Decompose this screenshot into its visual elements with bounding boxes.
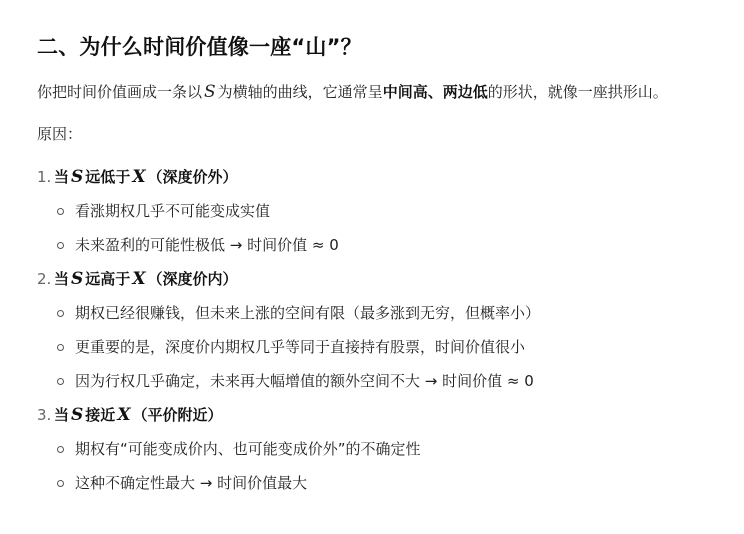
circle-bullet-icon bbox=[57, 310, 64, 317]
math-variable-x: X bbox=[130, 269, 147, 289]
reason-title: 当S接近X（平价附近） bbox=[54, 398, 223, 432]
title-relation: 远高于 bbox=[85, 270, 130, 288]
list-item-text: 看涨期权几乎不可能变成实值 bbox=[75, 194, 270, 228]
intro-paragraph: 你把时间价值画成一条以S为横轴的曲线，它通常呈中间高、两边低的形状，就像一座拱形… bbox=[37, 80, 734, 104]
title-prefix: 当 bbox=[54, 270, 69, 288]
title-prefix: 当 bbox=[54, 168, 69, 186]
circle-bullet-icon bbox=[57, 242, 64, 249]
circle-bullet-icon bbox=[57, 344, 64, 351]
title-prefix: 当 bbox=[54, 406, 69, 424]
title-note: （深度价内） bbox=[148, 270, 238, 288]
math-variable-s: S bbox=[69, 269, 85, 289]
math-variable-s: S bbox=[202, 82, 218, 102]
list-item-text: 期权有“可能变成价内、也可能变成价外”的不确定性 bbox=[75, 432, 421, 466]
list-item: 未来盈利的可能性极低 → 时间价值 ≈ 0 bbox=[55, 228, 734, 262]
title-note: （平价附近） bbox=[133, 406, 223, 424]
sub-list: 看涨期权几乎不可能变成实值 未来盈利的可能性极低 → 时间价值 ≈ 0 bbox=[37, 194, 734, 262]
list-item: 更重要的是，深度价内期权几乎等同于直接持有股票，时间价值很小 bbox=[55, 330, 734, 364]
list-item-text: 因为行权几乎确定，未来再大幅增值的额外空间不大 → 时间价值 ≈ 0 bbox=[75, 364, 534, 398]
reason-item-1: 1. 当S远低于X（深度价外） 看涨期权几乎不可能变成实值 未来盈利的可能性极低… bbox=[37, 160, 734, 262]
title-relation: 远低于 bbox=[85, 168, 130, 186]
reason-item-heading: 2. 当S远高于X（深度价内） bbox=[37, 262, 734, 296]
list-item: 期权有“可能变成价内、也可能变成价外”的不确定性 bbox=[55, 432, 734, 466]
sub-list: 期权已经很赚钱，但未来上涨的空间有限（最多涨到无穷，但概率小） 更重要的是，深度… bbox=[37, 296, 734, 398]
circle-bullet-icon bbox=[57, 208, 64, 215]
list-item: 看涨期权几乎不可能变成实值 bbox=[55, 194, 734, 228]
intro-text-2: 为横轴的曲线，它通常呈 bbox=[218, 83, 383, 101]
math-variable-s: S bbox=[69, 405, 85, 425]
reasons-list: 1. 当S远低于X（深度价外） 看涨期权几乎不可能变成实值 未来盈利的可能性极低… bbox=[37, 160, 734, 500]
reason-item-heading: 3. 当S接近X（平价附近） bbox=[37, 398, 734, 432]
intro-text-1: 你把时间价值画成一条以 bbox=[37, 83, 202, 101]
reason-title: 当S远高于X（深度价内） bbox=[54, 262, 238, 296]
math-variable-x: X bbox=[130, 167, 147, 187]
list-number: 3. bbox=[37, 398, 54, 432]
circle-bullet-icon bbox=[57, 378, 64, 385]
sub-list: 期权有“可能变成价内、也可能变成价外”的不确定性 这种不确定性最大 → 时间价值… bbox=[37, 432, 734, 500]
document: 二、为什么时间价值像一座“山”？ 你把时间价值画成一条以S为横轴的曲线，它通常呈… bbox=[37, 30, 734, 500]
reason-item-heading: 1. 当S远低于X（深度价外） bbox=[37, 160, 734, 194]
list-number: 1. bbox=[37, 160, 54, 194]
list-number: 2. bbox=[37, 262, 54, 296]
title-relation: 接近 bbox=[85, 406, 115, 424]
reason-label: 原因： bbox=[37, 122, 734, 146]
reason-title: 当S远低于X（深度价外） bbox=[54, 160, 238, 194]
list-item-text: 这种不确定性最大 → 时间价值最大 bbox=[75, 466, 307, 500]
reason-item-2: 2. 当S远高于X（深度价内） 期权已经很赚钱，但未来上涨的空间有限（最多涨到无… bbox=[37, 262, 734, 398]
math-variable-s: S bbox=[69, 167, 85, 187]
list-item-text: 期权已经很赚钱，但未来上涨的空间有限（最多涨到无穷，但概率小） bbox=[75, 296, 540, 330]
list-item-text: 未来盈利的可能性极低 → 时间价值 ≈ 0 bbox=[75, 228, 339, 262]
math-variable-x: X bbox=[115, 405, 132, 425]
circle-bullet-icon bbox=[57, 446, 64, 453]
list-item: 这种不确定性最大 → 时间价值最大 bbox=[55, 466, 734, 500]
title-note: （深度价外） bbox=[148, 168, 238, 186]
section-heading: 二、为什么时间价值像一座“山”？ bbox=[37, 30, 734, 64]
intro-bold-text: 中间高、两边低 bbox=[383, 83, 488, 101]
reason-item-3: 3. 当S接近X（平价附近） 期权有“可能变成价内、也可能变成价外”的不确定性 … bbox=[37, 398, 734, 500]
circle-bullet-icon bbox=[57, 480, 64, 487]
list-item-text: 更重要的是，深度价内期权几乎等同于直接持有股票，时间价值很小 bbox=[75, 330, 525, 364]
intro-text-3: 的形状，就像一座拱形山。 bbox=[488, 83, 668, 101]
list-item: 期权已经很赚钱，但未来上涨的空间有限（最多涨到无穷，但概率小） bbox=[55, 296, 734, 330]
list-item: 因为行权几乎确定，未来再大幅增值的额外空间不大 → 时间价值 ≈ 0 bbox=[55, 364, 734, 398]
